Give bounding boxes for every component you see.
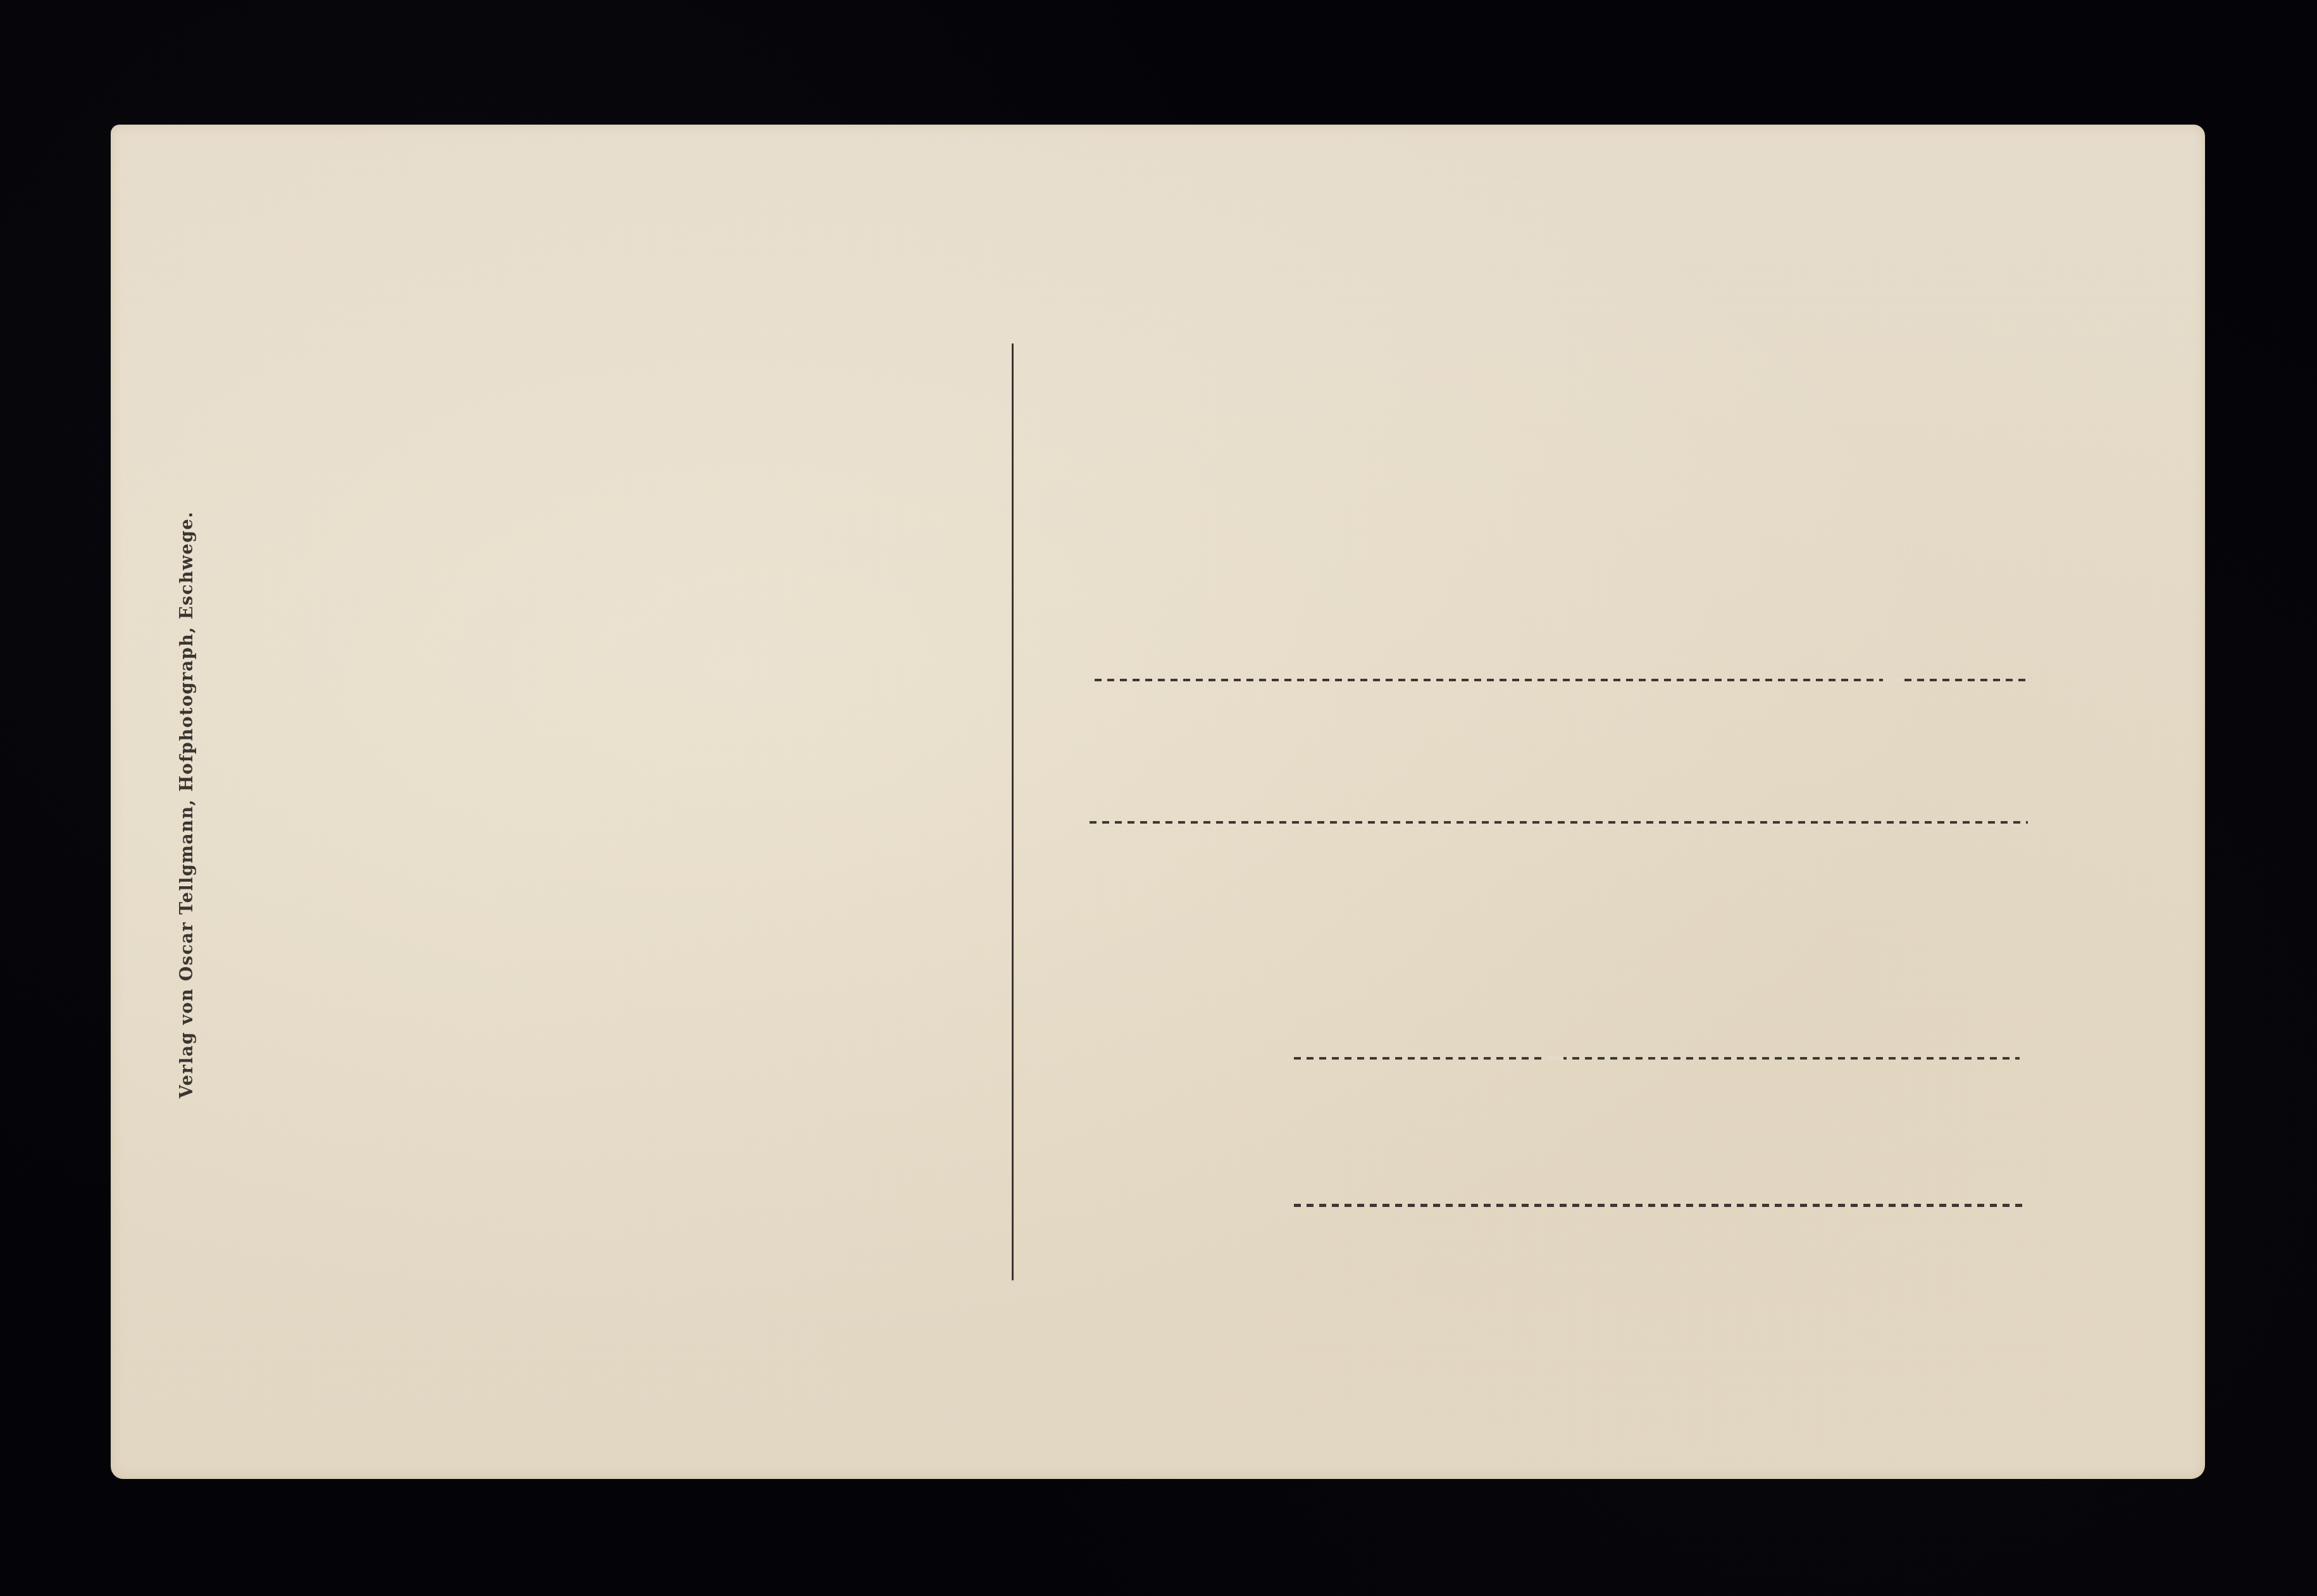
postcard-back [111,125,2205,1479]
address-line-4 [1294,1204,2023,1207]
address-line-1-gap [1883,678,1904,682]
address-line-3-gap [1547,1056,1563,1060]
address-line-3 [1294,1057,2020,1060]
publisher-imprint: Verlag von Oscar Tellgmann, Hofphotograp… [177,511,197,1098]
message-address-divider [1012,343,1014,1280]
address-line-2 [1090,821,2028,824]
